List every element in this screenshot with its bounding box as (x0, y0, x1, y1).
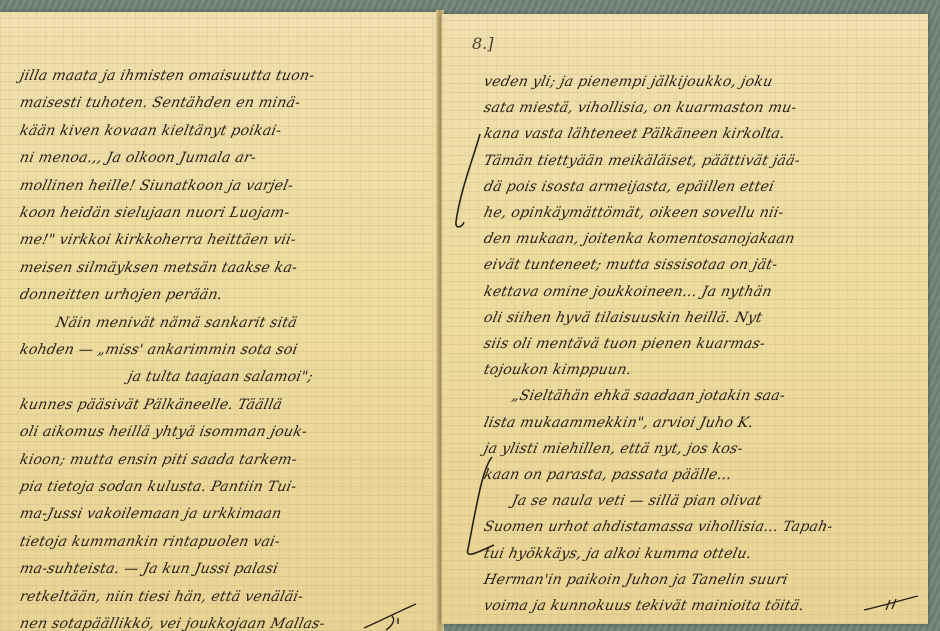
handwritten-line: pia tietoja sodan kulusta. Pantiin Tui- (18, 479, 298, 495)
handwritten-line: nen sotapäällikkö, vei joukkojaan Mallas… (18, 616, 326, 631)
page-number: 8.] (472, 34, 494, 53)
handwritten-line: tui hyökkäys, ja alkoi kumma ottelu. (482, 546, 753, 562)
handwritten-line: „Sieltähän ehkä saadaan jotakin saa- (510, 388, 786, 404)
handwritten-line: mollinen heille! Siunatkoon ja varjel- (18, 178, 294, 194)
handwritten-line: kioon; mutta ensin piti saada tarkem- (18, 452, 298, 468)
handwritten-line: Näin menivät nämä sankarit sitä (54, 315, 298, 331)
handwritten-line: siis oli mentävä tuon pienen kuarmas- (482, 336, 766, 352)
handwritten-line: voima ja kunnokuus tekivät mainioita töi… (482, 598, 805, 614)
handwritten-line: dä pois isosta armeijasta, epäillen ette… (482, 179, 775, 195)
handwritten-line: ni menoa.,, Ja olkoon Jumala ar- (18, 150, 257, 166)
handwritten-line: kaan on parasta, passata päälle... (482, 467, 733, 483)
handwritten-line: tietoja kummankin rintapuolen vai- (18, 534, 281, 550)
handwritten-line: maisesti tuhoten. Sentähden en minä- (18, 95, 302, 111)
handwritten-line: Tämän tiettyään meikäläiset, päättivät j… (482, 153, 801, 169)
end-flourish-icon (362, 602, 420, 631)
handwritten-line: Herman'in paikoin Juhon ja Tanelin suuri (482, 572, 789, 588)
handwritten-line: kään kiven kovaan kieltänyt poikai- (18, 123, 283, 139)
handwritten-line: koon heidän sielujaan nuori Luojam- (18, 205, 291, 221)
handwritten-line: tojoukon kimppuun. (482, 362, 633, 378)
handwritten-line: den mukaan, joitenka komentosanojakaan (482, 231, 796, 247)
handwritten-line: me!" virkkoi kirkkoherra heittäen vii- (18, 232, 297, 248)
handwritten-line: retkeltään, niin tiesi hän, että venäläi… (18, 589, 304, 605)
handwritten-line: ja tulta taajaan salamoi"; (126, 369, 314, 385)
handwritten-line: veden yli; ja pienempi jälkijoukko, joku (482, 74, 774, 90)
handwritten-line: lista mukaammekkin", arvioi Juho K. (482, 415, 755, 431)
handwritten-line: kunnes pääsivät Pälkäneelle. Täällä (18, 397, 283, 413)
margin-bracket-upper-icon (450, 132, 486, 232)
handwritten-line: jilla maata ja ihmisten omaisuutta tuon- (18, 68, 316, 84)
handwritten-line: donneitten urhojen perään. (18, 287, 224, 303)
handwritten-line: ma-suhteista. — Ja kun Jussi palasi (18, 561, 279, 577)
handwritten-line: kana vasta lähteneet Pälkäneen kirkolta. (482, 126, 786, 142)
handwritten-line: Ja se naula veti — sillä pian olivat (510, 493, 763, 509)
handwritten-line: sata miestä, vihollisia, on kuarmaston m… (482, 100, 798, 116)
handwritten-line: Suomen urhot ahdistamassa vihollisia... … (482, 519, 834, 535)
handwritten-line: meisen silmäyksen metsän taakse ka- (18, 260, 299, 276)
handwritten-line: oli siihen hyvä tilaisuuskin heillä. Nyt (482, 310, 763, 326)
handwritten-line: kohden — „miss' ankarimmin sota soi (18, 342, 299, 358)
handwritten-line: he, opinkäymättömät, oikeen sovellu nii- (482, 205, 785, 221)
right-page: 8.] veden yli; ja pienempi jälkijoukko, … (441, 14, 928, 624)
handwritten-line: ja ylisti miehillen, että nyt, jos kos- (482, 441, 744, 457)
handwritten-line: kettava omine joukkoineen... Ja nythän (482, 284, 773, 300)
left-page: jilla maata ja ihmisten omaisuutta tuon-… (0, 12, 441, 631)
handwritten-line: oli aikomus heillä yhtyä isomman jouk- (18, 424, 308, 440)
handwritten-line: ma-Jussi vakoilemaan ja urkkimaan (18, 506, 283, 522)
handwritten-line: eivät tunteneet; mutta sissisotaa on jät… (482, 257, 779, 273)
end-flourish-icon (862, 594, 920, 614)
